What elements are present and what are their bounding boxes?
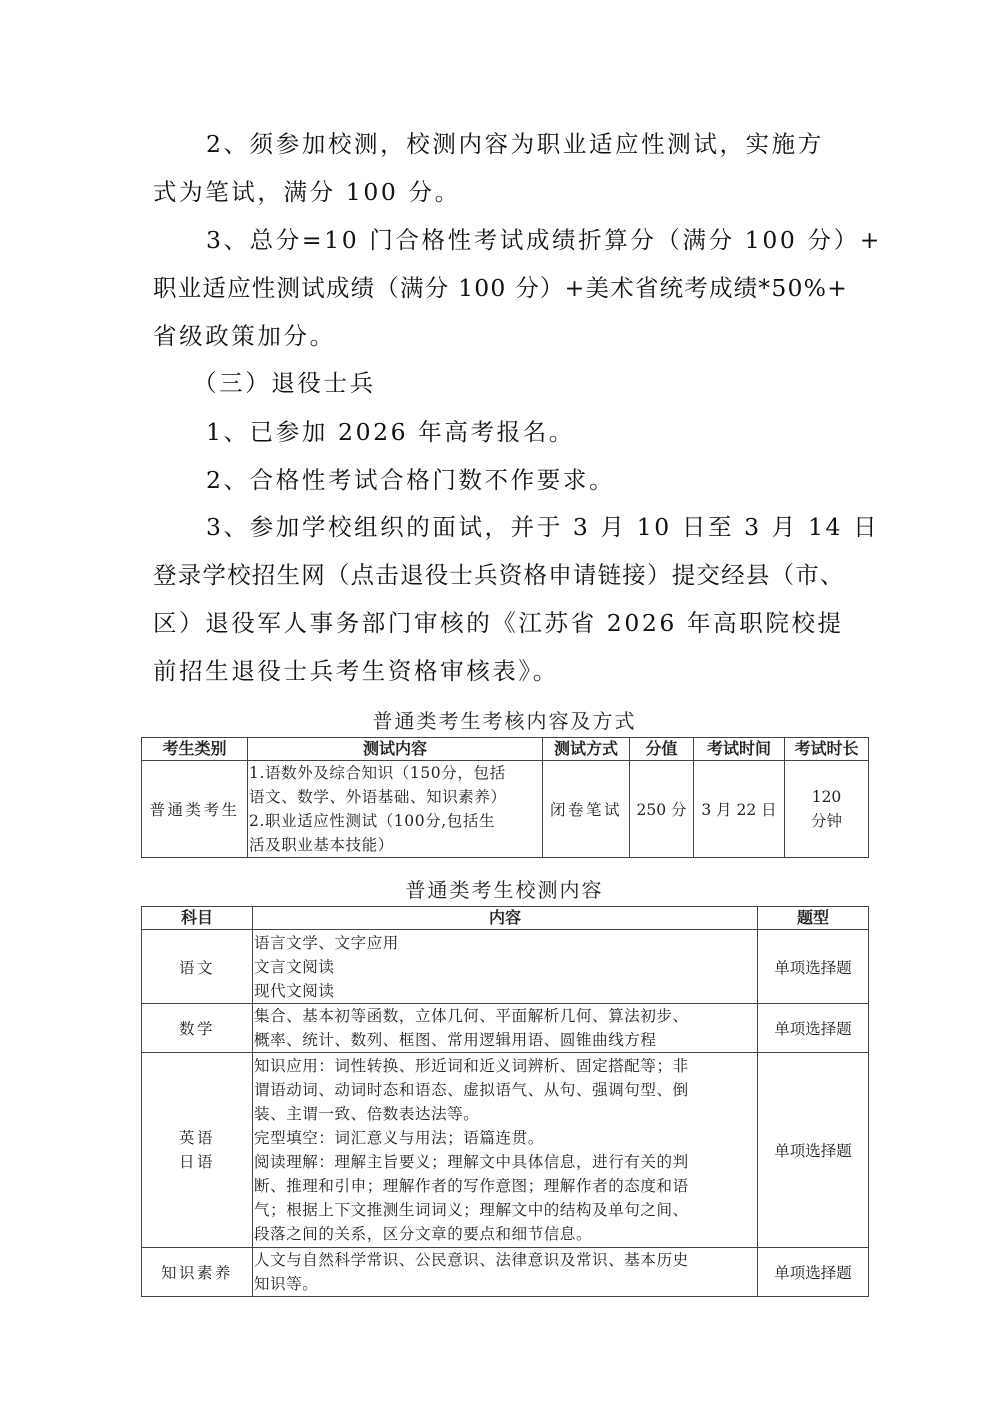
cell-content: 集合、基本初等函数，立体几何、平面解析几何、算法初步、 概率、统计、数列、框图、…: [253, 1004, 758, 1053]
text-line: 前招生退役士兵考生资格审核表》。: [153, 647, 868, 695]
header-content: 测试内容: [248, 738, 543, 761]
cell-duration: 120 分钟: [785, 761, 869, 858]
content-line: 段落之间的关系，区分文章的要点和细节信息。: [254, 1222, 756, 1246]
content-line: 知识应用：词性转换、形近词和近义词辨析、固定搭配等；非: [254, 1054, 756, 1078]
cell-type: 单项选择题: [758, 1053, 869, 1248]
cell-category: 普通类考生: [142, 761, 248, 858]
cell-type: 单项选择题: [758, 1248, 869, 1297]
content-line: 概率、统计、数列、框图、常用逻辑用语、圆锥曲线方程: [254, 1028, 756, 1052]
header-type: 题型: [758, 907, 869, 930]
table-header-row: 考生类别 测试内容 测试方式 分值 考试时间 考试时长: [142, 738, 869, 761]
content-line: 阅读理解：理解主旨要义；理解文中具体信息，进行有关的判: [254, 1150, 756, 1174]
content-line: 断、推理和引申；理解作者的写作意图；理解作者的态度和语: [254, 1174, 756, 1198]
duration-value: 120: [787, 785, 866, 809]
text-line: 职业适应性测试成绩（满分 100 分）+美术省统考成绩*50%+: [153, 264, 868, 312]
table-row: 知识素养 人文与自然科学常识、公民意识、法律意识及常识、基本历史 知识等。 单项…: [142, 1248, 869, 1297]
header-date: 考试时间: [694, 738, 785, 761]
content-line: 集合、基本初等函数，立体几何、平面解析几何、算法初步、: [254, 1004, 756, 1028]
table-row: 英语 日语 知识应用：词性转换、形近词和近义词辨析、固定搭配等；非 谓语动词、动…: [142, 1053, 869, 1248]
table-test-content: 科目 内容 题型 语文 语言文学、文字应用 文言文阅读 现代文阅读 单项选择题 …: [141, 906, 869, 1297]
cell-content: 人文与自然科学常识、公民意识、法律意识及常识、基本历史 知识等。: [253, 1248, 758, 1297]
text-line: 2、合格性考试合格门数不作要求。: [153, 456, 868, 504]
paragraph-合格门数: 2、合格性考试合格门数不作要求。: [153, 456, 868, 504]
paragraph-报名: 1、已参加 2026 年高考报名。: [153, 408, 868, 456]
header-score: 分值: [630, 738, 694, 761]
cell-date: 3 月 22 日: [694, 761, 785, 858]
cell-content: 知识应用：词性转换、形近词和近义词辨析、固定搭配等；非 谓语动词、动词时态和语态…: [253, 1053, 758, 1248]
content-line: 语言文学、文字应用: [254, 931, 756, 955]
cell-content: 语言文学、文字应用 文言文阅读 现代文阅读: [253, 930, 758, 1004]
table-row: 数学 集合、基本初等函数，立体几何、平面解析几何、算法初步、 概率、统计、数列、…: [142, 1004, 869, 1053]
content-line: 装、主谓一致、倍数表达法等。: [254, 1102, 756, 1126]
cell-method: 闭卷笔试: [543, 761, 630, 858]
duration-unit: 分钟: [787, 809, 866, 833]
table2-caption: 普通类考生校测内容: [141, 874, 868, 903]
header-subject: 科目: [142, 907, 253, 930]
text-line: 登录学校招生网（点击退役士兵资格申请链接）提交经县（市、: [153, 551, 868, 599]
text-line: 区）退役军人事务部门审核的《江苏省 2026 年高职院校提: [153, 599, 868, 647]
text-line: 2、须参加校测，校测内容为职业适应性测试，实施方: [153, 120, 868, 168]
table-row: 语文 语言文学、文字应用 文言文阅读 现代文阅读 单项选择题: [142, 930, 869, 1004]
header-duration: 考试时长: [785, 738, 869, 761]
content-line: 1.语数外及综合知识（150分，包括: [249, 761, 541, 785]
content-line: 谓语动词、动词时态和语态、虚拟语气、从句、强调句型、倒: [254, 1078, 756, 1102]
cell-subject: 英语 日语: [142, 1053, 253, 1248]
content-line: 2.职业适应性测试（100分,包括生: [249, 809, 541, 833]
content-line: 人文与自然科学常识、公民意识、法律意识及常识、基本历史: [254, 1248, 756, 1272]
text-line: 3、总分=10 门合格性考试成绩折算分（满分 100 分）+: [153, 216, 868, 264]
paragraph-校测: 2、须参加校测，校测内容为职业适应性测试，实施方 式为笔试，满分 100 分。: [153, 120, 868, 216]
cell-subject: 语文: [142, 930, 253, 1004]
text-line: 3、参加学校组织的面试，并于 3 月 10 日至 3 月 14 日: [153, 503, 868, 551]
subject-line: 英语: [144, 1126, 250, 1150]
header-category: 考生类别: [142, 738, 248, 761]
table-header-row: 科目 内容 题型: [142, 907, 869, 930]
header-content: 内容: [253, 907, 758, 930]
content-line: 知识等。: [254, 1272, 756, 1296]
content-line: 完型填空：词汇意义与用法；语篇连贯。: [254, 1126, 756, 1150]
text-line: 省级政策加分。: [153, 312, 868, 360]
content-line: 语文、数学、外语基础、知识素养）: [249, 785, 541, 809]
content-line: 文言文阅读: [254, 955, 756, 979]
section-heading-退役士兵: （三）退役士兵: [153, 359, 868, 407]
text-line: 式为笔试，满分 100 分。: [153, 168, 868, 216]
header-method: 测试方式: [543, 738, 630, 761]
text-line: 1、已参加 2026 年高考报名。: [153, 408, 868, 456]
section-heading: （三）退役士兵: [153, 359, 868, 407]
cell-type: 单项选择题: [758, 1004, 869, 1053]
paragraph-总分: 3、总分=10 门合格性考试成绩折算分（满分 100 分）+ 职业适应性测试成绩…: [153, 216, 868, 360]
cell-subject: 知识素养: [142, 1248, 253, 1297]
content-line: 活及职业基本技能）: [249, 833, 541, 857]
content-line: 气；根据上下文推测生词词义；理解文中的结构及单句之间、: [254, 1198, 756, 1222]
table-assessment-methods: 考生类别 测试内容 测试方式 分值 考试时间 考试时长 普通类考生 1.语数外及…: [141, 737, 869, 858]
cell-type: 单项选择题: [758, 930, 869, 1004]
cell-subject: 数学: [142, 1004, 253, 1053]
content-line: 现代文阅读: [254, 979, 756, 1003]
subject-line: 日语: [144, 1150, 250, 1174]
cell-content: 1.语数外及综合知识（150分，包括 语文、数学、外语基础、知识素养） 2.职业…: [248, 761, 543, 858]
cell-score: 250 分: [630, 761, 694, 858]
paragraph-面试: 3、参加学校组织的面试，并于 3 月 10 日至 3 月 14 日 登录学校招生…: [153, 503, 868, 695]
table1-caption: 普通类考生考核内容及方式: [141, 705, 868, 734]
table-row: 普通类考生 1.语数外及综合知识（150分，包括 语文、数学、外语基础、知识素养…: [142, 761, 869, 858]
